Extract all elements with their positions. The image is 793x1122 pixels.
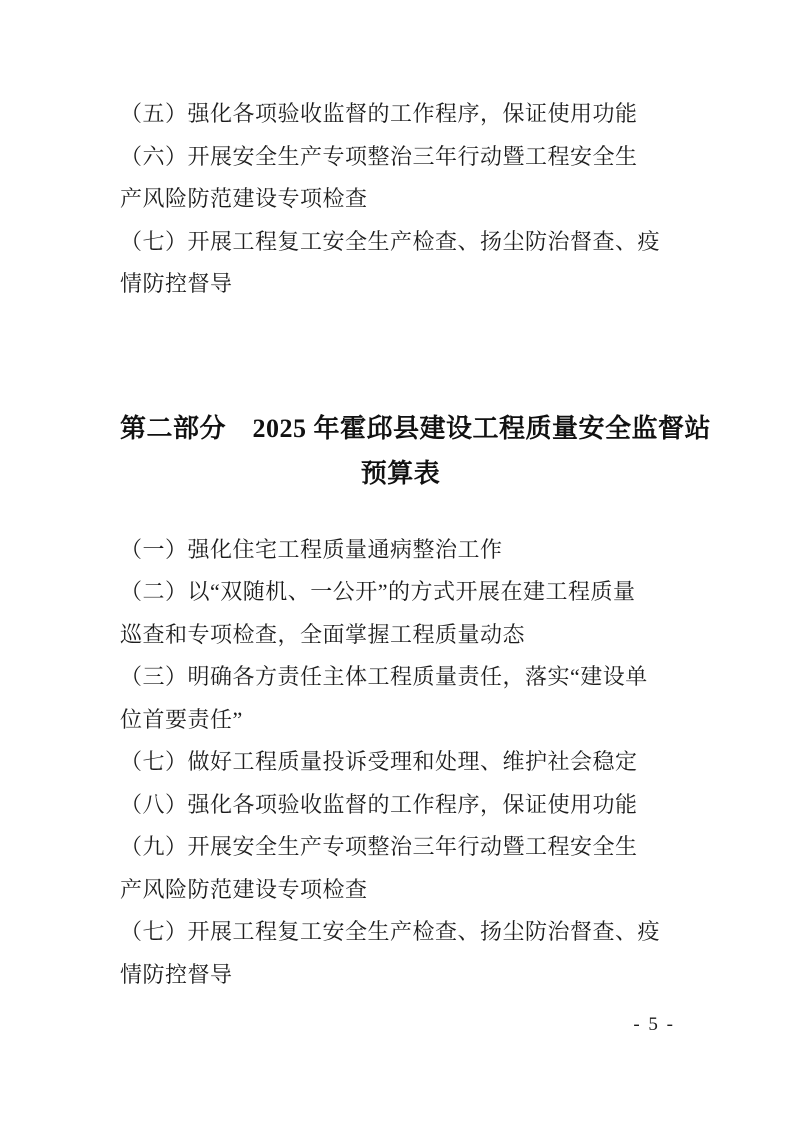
document-page: （五）强化各项验收监督的工作程序，保证使用功能 （六）开展安全生产专项整治三年行… [0,0,793,1122]
body-line: （六）开展安全生产专项整治三年行动暨工程安全生 [120,136,681,179]
body-line: 产风险防范建设专项检查 [120,869,681,912]
section-part1-work-items: （五）强化各项验收监督的工作程序，保证使用功能 （六）开展安全生产专项整治三年行… [120,93,681,306]
body-line: （九）开展安全生产专项整治三年行动暨工程安全生 [120,826,681,869]
body-line: （三）明确各方责任主体工程质量责任，落实“建设单 [120,656,681,699]
body-line: （七）做好工程质量投诉受理和处理、维护社会稳定 [120,741,681,784]
body-line: （七）开展工程复工安全生产检查、扬尘防治督查、疫 [120,911,681,954]
document-content: （五）强化各项验收监督的工作程序，保证使用功能 （六）开展安全生产专项整治三年行… [0,0,793,996]
body-line: 位首要责任” [120,699,681,742]
body-line: 巡查和专项检查，全面掌握工程质量动态 [120,614,681,657]
body-line: 情防控督导 [120,263,681,306]
body-line: （五）强化各项验收监督的工作程序，保证使用功能 [120,93,681,136]
body-line: （七）开展工程复工安全生产检查、扬尘防治督查、疫 [120,221,681,264]
section-part2-work-items: （一）强化住宅工程质量通病整治工作 （二）以“双随机、一公开”的方式开展在建工程… [120,529,681,997]
body-line: （二）以“双随机、一公开”的方式开展在建工程质量 [120,571,681,614]
part2-heading: 第二部分 2025 年霍邱县建设工程质量安全监督站 预算表 [120,406,681,496]
body-line: （一）强化住宅工程质量通病整治工作 [120,529,681,572]
body-line: 产风险防范建设专项检查 [120,178,681,221]
part2-heading-line2: 预算表 [120,451,681,496]
body-line: （八）强化各项验收监督的工作程序，保证使用功能 [120,784,681,827]
page-number: - 5 - [633,1012,675,1038]
part2-heading-line1: 第二部分 2025 年霍邱县建设工程质量安全监督站 [120,406,681,451]
body-line: 情防控督导 [120,954,681,997]
